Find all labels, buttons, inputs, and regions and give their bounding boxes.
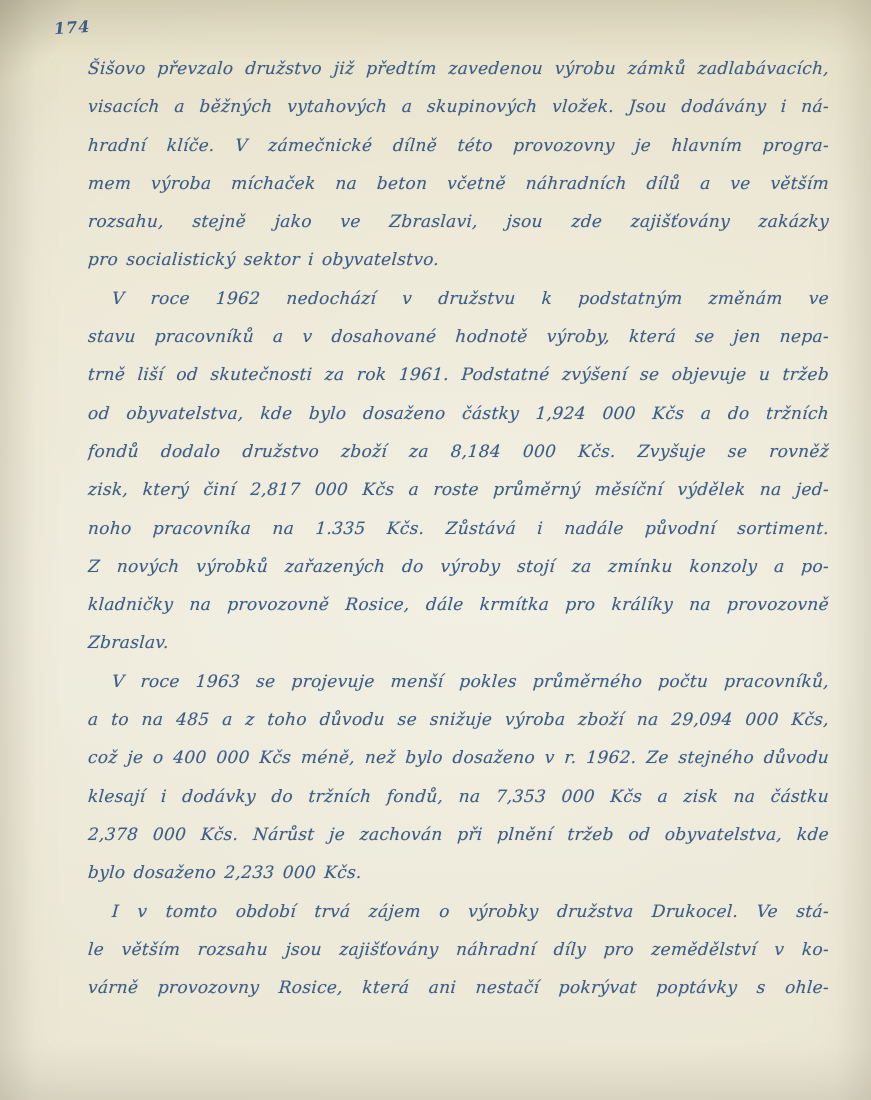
text-line: I v tomto období trvá zájem o výrobky dr… <box>87 893 831 931</box>
text-line: a to na 485 a z toho důvodu se snižuje v… <box>87 701 831 739</box>
text-line: klesají i dodávky do tržních fondů, na 7… <box>87 778 831 816</box>
text-line: bylo dosaženo 2,233 000 Kčs. <box>87 854 831 892</box>
text-line: zisk, který činí 2,817 000 Kčs a roste p… <box>87 471 831 509</box>
text-line: le větším rozsahu jsou zajišťovány náhra… <box>87 931 831 969</box>
page-number: 174 <box>53 17 91 38</box>
text-line: stavu pracovníků a v dosahované hodnotě … <box>87 318 831 356</box>
text-line: Z nových výrobků zařazených do výroby st… <box>87 548 831 586</box>
text-line: V roce 1962 nedochází v družstvu k podst… <box>87 280 831 318</box>
scanned-document-page: 174 Šišovo převzalo družstvo již předtím… <box>0 0 871 1100</box>
text-line: kladničky na provozovně Rosice, dále krm… <box>87 586 831 624</box>
text-line: fondů dodalo družstvo zboží za 8,184 000… <box>87 433 831 471</box>
text-line: od obyvatelstva, kde bylo dosaženo částk… <box>87 395 831 433</box>
text-line: V roce 1963 se projevuje menší pokles pr… <box>87 663 831 701</box>
text-line: Zbraslav. <box>87 624 831 662</box>
text-line: trně liší od skutečnosti za rok 1961. Po… <box>87 356 831 394</box>
handwritten-text-block: Šišovo převzalo družstvo již předtím zav… <box>88 50 829 1007</box>
text-line: Šišovo převzalo družstvo již předtím zav… <box>87 50 831 88</box>
text-line: várně provozovny Rosice, která ani nesta… <box>87 969 831 1007</box>
text-line: což je o 400 000 Kčs méně, než bylo dosa… <box>87 739 831 777</box>
text-line: mem výroba míchaček na beton včetně náhr… <box>87 165 831 203</box>
text-line: noho pracovníka na 1.335 Kčs. Zůstává i … <box>87 510 831 548</box>
text-line: hradní klíče. V zámečnické dílně této pr… <box>87 127 831 165</box>
text-line: rozsahu, stejně jako ve Zbraslavi, jsou … <box>87 203 831 241</box>
text-line: 2,378 000 Kčs. Nárůst je zachován při pl… <box>87 816 831 854</box>
text-line: visacích a běžných vytahových a skupinov… <box>87 88 831 126</box>
text-line: pro socialistický sektor i obyvatelstvo. <box>87 241 831 279</box>
